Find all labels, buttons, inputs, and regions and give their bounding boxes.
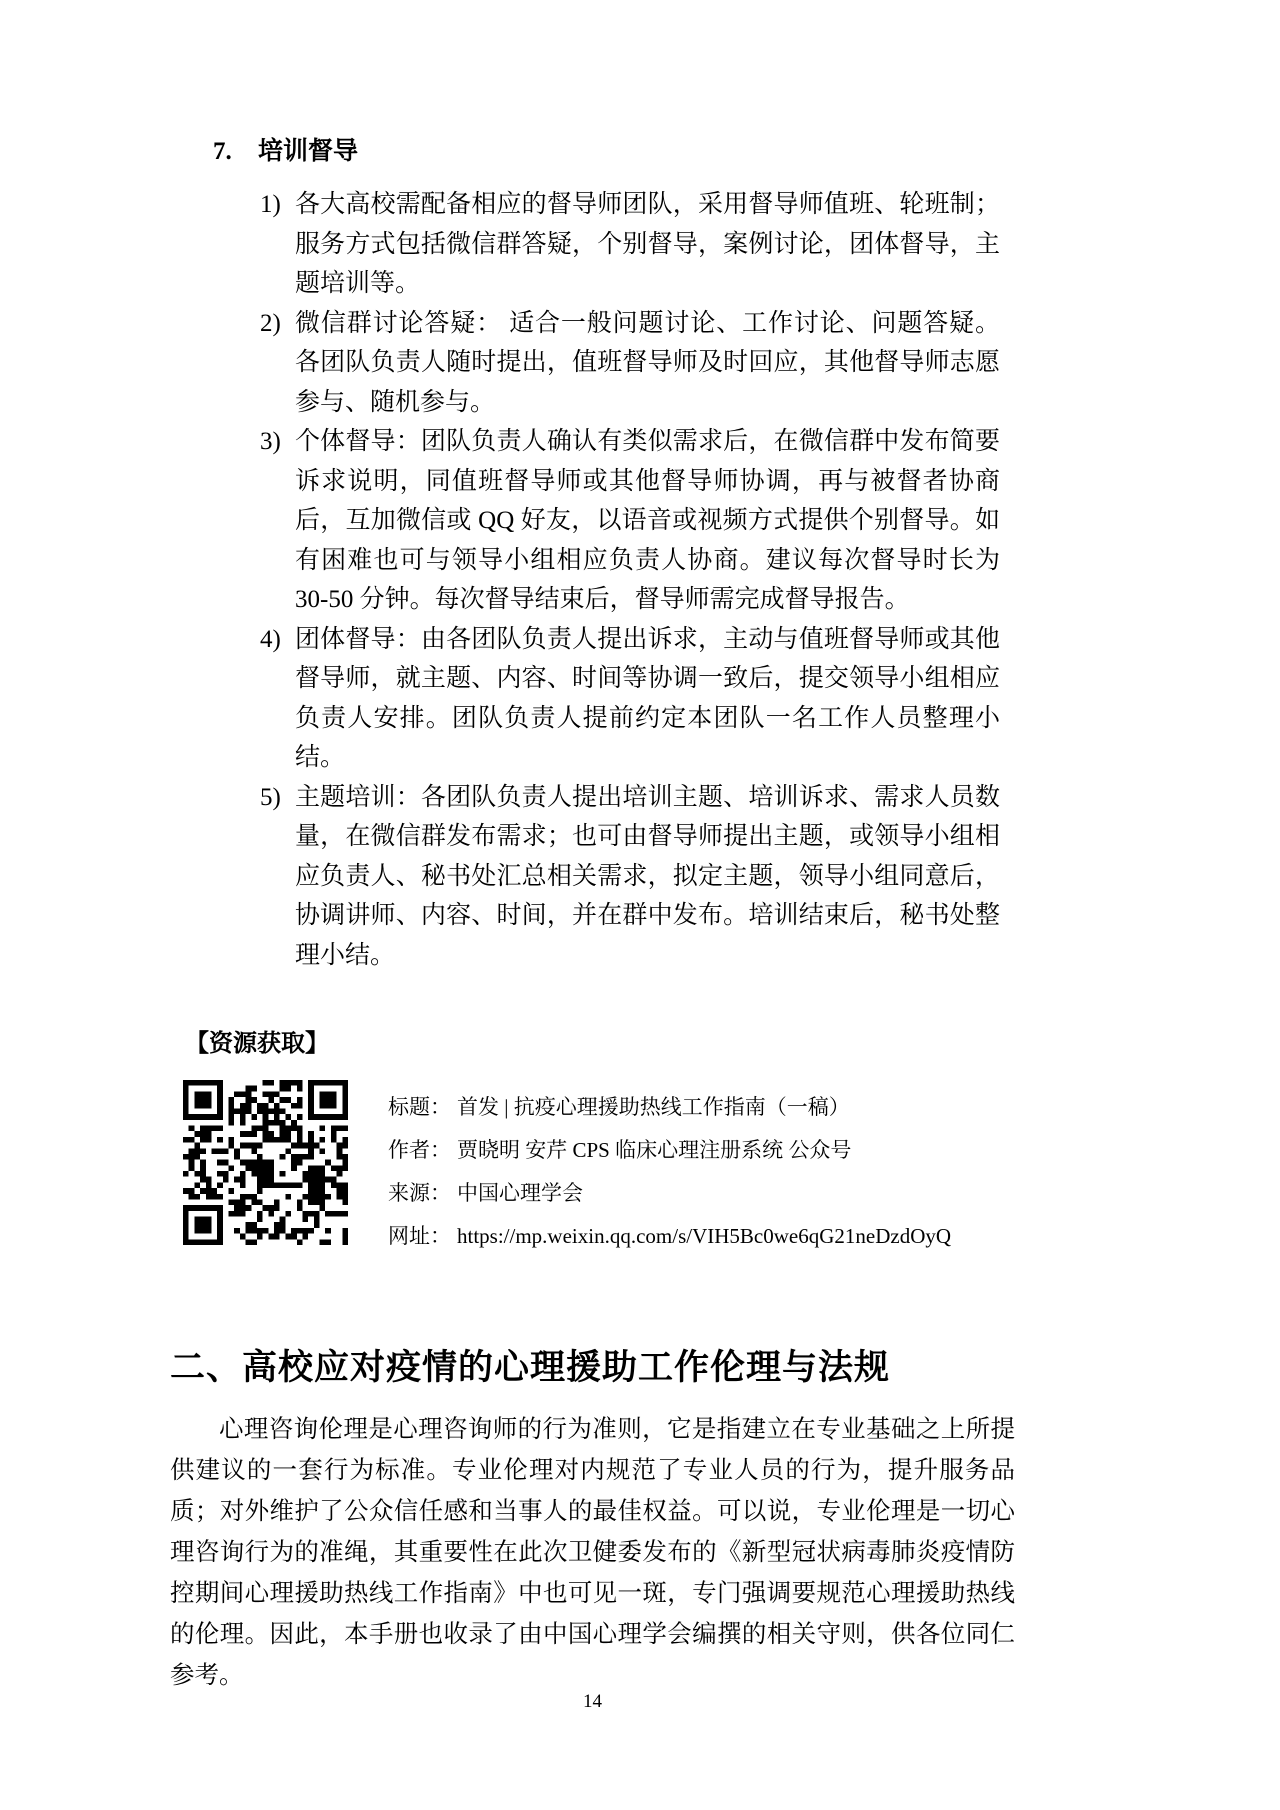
meta-value: 中国心理学会 [457,1178,583,1208]
meta-row-title: 标题：首发 | 抗疫心理援助热线工作指南（一稿） [388,1092,951,1122]
list-item-text: 个体督导：团队负责人确认有类似需求后，在微信群中发布简要诉求说明，同值班督导师或… [295,422,1000,620]
list-item: 4) 团体督导：由各团队负责人提出诉求，主动与值班督导师或其他督导师，就主题、内… [170,620,1015,778]
list-item-marker: 3) [260,422,295,462]
meta-label: 网址： [388,1221,451,1251]
qr-code [183,1080,348,1245]
meta-row-url: 网址：https://mp.weixin.qq.com/s/VIH5Bc0we6… [388,1221,951,1251]
meta-label: 标题： [388,1092,451,1122]
list-item-marker: 5) [260,778,295,818]
section-title-text: 培训督导 [258,138,358,165]
meta-value: 贾晓明 安芹 CPS 临床心理注册系统 公众号 [457,1135,851,1165]
list-item: 5) 主题培训：各团队负责人提出培训主题、培训诉求、需求人员数量，在微信群发布需… [170,778,1015,976]
meta-label: 来源： [388,1178,451,1208]
resource-body: 标题：首发 | 抗疫心理援助热线工作指南（一稿） 作者：贾晓明 安芹 CPS 临… [170,1080,1015,1264]
list-item-text: 团体督导：由各团队负责人提出诉求，主动与值班督导师或其他督导师，就主题、内容、时… [295,620,1000,778]
list-item-marker: 4) [260,620,295,660]
section-heading: 7.培训督导 [213,137,1015,167]
document-page: 7.培训督导 1) 各大高校需配备相应的督导师团队，采用督导师值班、轮班制；服务… [0,0,1280,1810]
numbered-list: 1) 各大高校需配备相应的督导师团队，采用督导师值班、轮班制；服务方式包括微信群… [170,185,1015,975]
list-item: 2) 微信群讨论答疑： 适合一般问题讨论、工作讨论、问题答疑。各团队负责人随时提… [170,304,1015,423]
list-item-text: 微信群讨论答疑： 适合一般问题讨论、工作讨论、问题答疑。各团队负责人随时提出，值… [295,304,1000,423]
resource-heading: 【资源获取】 [185,1028,1015,1060]
meta-label: 作者： [388,1135,451,1165]
chapter-heading: 二、高校应对疫情的心理援助工作伦理与法规 [170,1344,1015,1392]
section-training-supervision: 7.培训督导 1) 各大高校需配备相应的督导师团队，采用督导师值班、轮班制；服务… [170,137,1015,975]
list-item-text: 各大高校需配备相应的督导师团队，采用督导师值班、轮班制；服务方式包括微信群答疑，… [295,185,1000,304]
meta-row-source: 来源：中国心理学会 [388,1178,951,1208]
meta-row-author: 作者：贾晓明 安芹 CPS 临床心理注册系统 公众号 [388,1135,951,1165]
page-content: 7.培训督导 1) 各大高校需配备相应的督导师团队，采用督导师值班、轮班制；服务… [170,0,1015,1696]
list-item-marker: 1) [260,185,295,225]
meta-url-value: https://mp.weixin.qq.com/s/VIH5Bc0we6qG2… [457,1221,951,1251]
list-item: 1) 各大高校需配备相应的督导师团队，采用督导师值班、轮班制；服务方式包括微信群… [170,185,1015,304]
list-item: 3) 个体督导：团队负责人确认有类似需求后，在微信群中发布简要诉求说明，同值班督… [170,422,1015,620]
body-paragraph: 心理咨询伦理是心理咨询师的行为准则，它是指建立在专业基础之上所提供建议的一套行为… [170,1409,1015,1696]
list-item-text: 主题培训：各团队负责人提出培训主题、培训诉求、需求人员数量，在微信群发布需求；也… [295,778,1000,976]
page-number: 14 [170,1690,1015,1714]
meta-value: 首发 | 抗疫心理援助热线工作指南（一稿） [457,1092,850,1122]
section-number: 7. [213,137,258,167]
resource-meta: 标题：首发 | 抗疫心理援助热线工作指南（一稿） 作者：贾晓明 安芹 CPS 临… [388,1080,951,1264]
list-item-marker: 2) [260,304,295,344]
resource-section: 【资源获取】 标题：首发 | 抗疫心理援助热线工作指南（一稿） 作者：贾晓明 安… [170,1028,1015,1264]
